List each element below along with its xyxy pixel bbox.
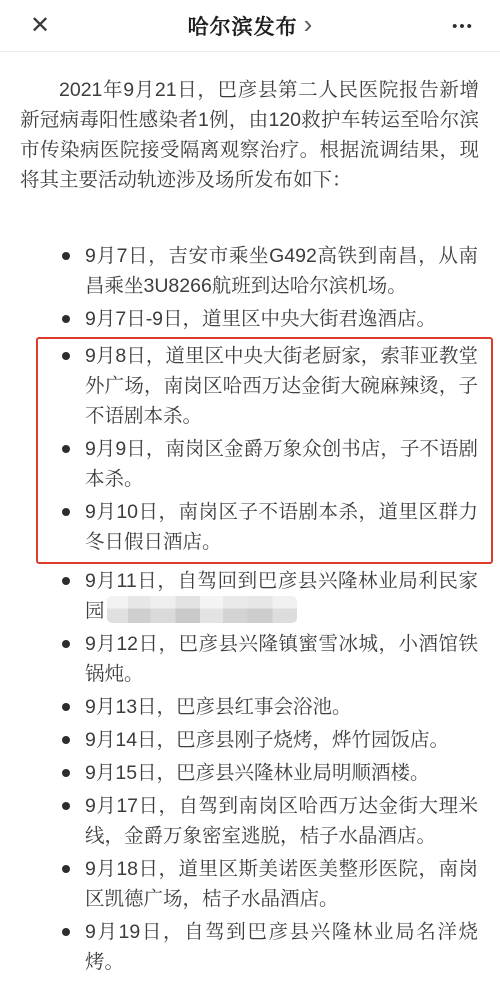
timeline-item-text: 9月15日，巴彦县兴隆林业局明顺酒楼。 — [85, 762, 430, 784]
timeline-item-text: 9月7日，吉安市乘坐G492高铁到南昌，从南昌乘坐3U8266航班到达哈尔滨机场… — [85, 245, 478, 297]
timeline-item-text: 9月9日，南岗区金爵万象众创书店，子不语剧本杀。 — [85, 438, 478, 490]
censored-mosaic — [107, 596, 297, 623]
timeline-item-text: 9月18日，道里区斯美诺医美整形医院，南岗区凯德广场，桔子水晶酒店。 — [85, 858, 478, 910]
intro-paragraph: 2021年9月21日，巴彦县第二人民医院报告新增新冠病毒阳性感染者1例，由120… — [20, 75, 479, 195]
timeline-item: 9月10日，南岗区子不语剧本杀，道里区群力冬日假日酒店。 — [85, 497, 478, 557]
more-menu-icon[interactable]: ••• — [438, 0, 488, 52]
timeline-item: 9月7日-9日，道里区中央大街君逸酒店。 — [85, 304, 478, 334]
chevron-right-icon: › — [304, 11, 313, 37]
timeline-list-after: 9月11日，自驾回到巴彦县兴隆林业局利民家园9月12日，巴彦县兴隆镇蜜雪冰城，小… — [0, 566, 500, 977]
timeline-item-text: 9月7日-9日，道里区中央大街君逸酒店。 — [85, 308, 436, 330]
page-title: 哈尔滨发布 — [188, 11, 298, 41]
timeline-item: 9月18日，道里区斯美诺医美整形医院，南岗区凯德广场，桔子水晶酒店。 — [85, 854, 478, 914]
timeline-item: 9月14日，巴彦县刚子烧烤，烨竹园饭店。 — [85, 725, 478, 755]
timeline-item-text: 9月8日，道里区中央大街老厨家，索菲亚教堂外广场，南岗区哈西万达金街大碗麻辣烫，… — [85, 345, 478, 427]
account-title-link[interactable]: 哈尔滨发布 › — [188, 11, 313, 41]
timeline-item-text: 9月17日，自驾到南岗区哈西万达金街大理米线，金爵万象密室逃脱，桔子水晶酒店。 — [85, 795, 478, 847]
timeline-item: 9月9日，南岗区金爵万象众创书店，子不语剧本杀。 — [85, 434, 478, 494]
timeline-item-text: 9月12日，巴彦县兴隆镇蜜雪冰城，小酒馆铁锅炖。 — [85, 633, 478, 685]
timeline-item-text: 9月10日，南岗区子不语剧本杀，道里区群力冬日假日酒店。 — [85, 501, 478, 553]
timeline-item-text: 9月14日，巴彦县刚子烧烤，烨竹园饭店。 — [85, 729, 449, 751]
timeline-item: 9月7日，吉安市乘坐G492高铁到南昌，从南昌乘坐3U8266航班到达哈尔滨机场… — [85, 241, 478, 301]
timeline-item-text: 9月13日，巴彦县红事会浴池。 — [85, 696, 352, 718]
timeline-item: 9月11日，自驾回到巴彦县兴隆林业局利民家园 — [85, 566, 478, 626]
close-icon[interactable]: ✕ — [18, 0, 62, 52]
article-screen: ✕ 哈尔滨发布 › ••• 2021年9月21日，巴彦县第二人民医院报告新增新冠… — [0, 0, 500, 982]
timeline-item: 9月12日，巴彦县兴隆镇蜜雪冰城，小酒馆铁锅炖。 — [85, 629, 478, 689]
timeline-item: 9月13日，巴彦县红事会浴池。 — [85, 692, 478, 722]
highlight-box: 9月8日，道里区中央大街老厨家，索菲亚教堂外广场，南岗区哈西万达金街大碗麻辣烫，… — [36, 337, 493, 564]
title-bar: ✕ 哈尔滨发布 › ••• — [0, 0, 500, 52]
timeline-item-text: 9月19日，自驾到巴彦县兴隆林业局名洋烧烤。 — [85, 921, 478, 973]
timeline-item: 9月15日，巴彦县兴隆林业局明顺酒楼。 — [85, 758, 478, 788]
timeline-item: 9月17日，自驾到南岗区哈西万达金街大理米线，金爵万象密室逃脱，桔子水晶酒店。 — [85, 791, 478, 851]
timeline-item: 9月19日，自驾到巴彦县兴隆林业局名洋烧烤。 — [85, 917, 478, 977]
timeline-list-highlighted: 9月8日，道里区中央大街老厨家，索菲亚教堂外广场，南岗区哈西万达金街大碗麻辣烫，… — [38, 341, 491, 557]
timeline-list-before: 9月7日，吉安市乘坐G492高铁到南昌，从南昌乘坐3U8266航班到达哈尔滨机场… — [0, 241, 500, 334]
timeline-item: 9月8日，道里区中央大街老厨家，索菲亚教堂外广场，南岗区哈西万达金街大碗麻辣烫，… — [85, 341, 478, 431]
